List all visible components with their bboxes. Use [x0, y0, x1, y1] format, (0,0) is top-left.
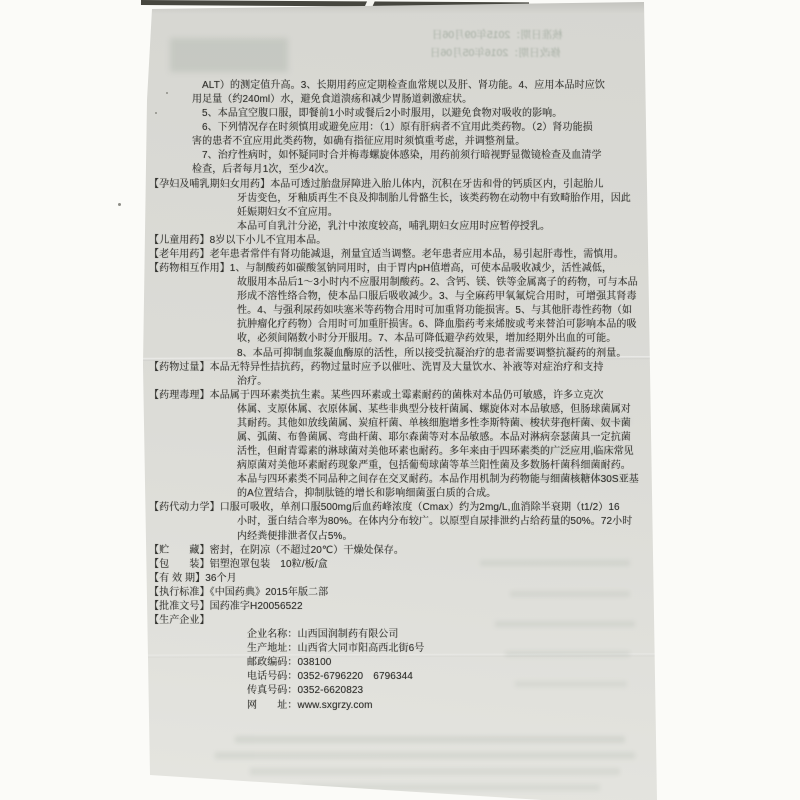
- insert-text-line: 故服用本品后1～3小时内不应服用制酸药。2、含钙、镁、铁等金属离子的药物，可与本…: [237, 277, 638, 289]
- insert-text-line: 治疗。: [237, 376, 267, 388]
- insert-text-line: 用足量（约240ml）水，避免食道溃疡和减少胃肠道刺激症状。: [192, 94, 472, 106]
- insert-text-line: 生产地址：山西省大同市阳高西北街6号: [247, 643, 424, 655]
- insert-text-line: 收，必须间隔数小时分开服用。7、本品可降低避孕药效果，增加经期外出血的可能。: [237, 333, 616, 345]
- bleedthrough-smudge: [480, 560, 630, 566]
- bleedthrough-revision-date: 修改日期：2016年05月06日: [430, 45, 561, 60]
- insert-text-line: 【药理毒理】本品属于四环素类抗生素。某些四环素或土霉素耐药的菌株对本品仍可敏感，…: [149, 390, 604, 402]
- insert-text-line: 【生产企业】: [149, 615, 210, 627]
- insert-text-line: 【包 装】铝塑泡罩包装 10粒/板/盒: [149, 559, 328, 571]
- bleedthrough-smudge: [250, 768, 620, 775]
- bleedthrough-approval-date: 核准日期：2015年09月06日: [432, 27, 563, 42]
- insert-text-line: 体属、支原体属、衣原体属、某些非典型分枝杆菌属、螺旋体对本品敏感，但肠球菌属对: [237, 404, 631, 416]
- insert-text-line: 传真号码：0352-6620823: [247, 685, 363, 697]
- bleedthrough-smudge: [505, 651, 630, 657]
- bleedthrough-smudge: [495, 621, 635, 627]
- insert-text-line: 【执行标准】《中国药典》2015年版二部: [149, 587, 328, 599]
- insert-text-line: 妊娠期妇女不宜应用。: [237, 207, 338, 219]
- insert-text-line: 8、本品可抑制血浆凝血酶原的活性，所以接受抗凝治疗的患者需要调整抗凝药的剂量。: [237, 348, 626, 360]
- insert-text-line: 内经粪便排泄者仅占5%。: [237, 531, 353, 543]
- insert-text-line: 【批准文号】国药准字H20056522: [149, 601, 303, 613]
- insert-text-line: 其耐药。其他如放线菌属、炭疽杆菌、单核细胞增多性李斯特菌、梭状芽孢杆菌、奴卡菌: [237, 418, 631, 430]
- insert-text-line: 【贮 藏】密封，在阴凉（不超过20℃）干燥处保存。: [149, 545, 404, 557]
- insert-text-line: 企业名称：山西国润制药有限公司: [247, 629, 399, 641]
- insert-text-line: ALT）的测定值升高。3、长期用药应定期检查血常规以及肝、肾功能。4、应用本品时…: [202, 80, 605, 92]
- insert-text-line: 6、下列情况存在时须慎用或避免应用：（1）原有肝病者不宜用此类药物。（2）肾功能…: [202, 122, 593, 134]
- insert-text-line: 性。4、与强利尿药如呋塞米等药物合用时可加重肾功能损害。5、与其他肝毒性药物（如: [237, 305, 632, 317]
- insert-text-line: 的A位置结合，抑制肽链的增长和影响细菌蛋白质的合成。: [237, 488, 496, 500]
- insert-text-line: 【药代动力学】口服可吸收，单剂口服500mg后血药峰浓度（Cmax）约为2mg/…: [149, 502, 620, 514]
- package-insert-paper: 核准日期：2015年09月06日 修改日期：2016年05月06日 ALT）的测…: [0, 0, 800, 800]
- insert-text-line: 形成不溶性络合物，使本品口服后吸收减少。3、与全麻药甲氧氟烷合用时，可增强其肾毒: [237, 291, 637, 303]
- dust-speck: [118, 203, 121, 206]
- insert-text-line: 7、治疗性病时，如怀疑同时合并梅毒螺旋体感染，用药前须行暗视野显微镜检查及血清学: [202, 150, 602, 162]
- insert-text-line: 牙齿变色，牙釉质再生不良及抑制胎儿骨骼生长，该类药物在动物中有致畸胎作用，因此: [237, 193, 631, 205]
- bleedthrough-smudge: [235, 736, 625, 743]
- insert-text-line: 抗肿瘤化疗药物）合用时可加重肝损害。6、降血脂药考来烯胺或考来替泊可影响本品的吸: [237, 319, 637, 331]
- dust-speck: [155, 112, 157, 114]
- insert-text-line: 本品可自乳汁分泌，乳汁中浓度较高，哺乳期妇女应用时应暂停授乳。: [237, 221, 550, 233]
- insert-text-line: 小时，蛋白结合率为80%。在体内分布较广。以原型自尿排泄约占给药量的50%。72…: [237, 516, 632, 528]
- insert-text-line: 邮政编码：038100: [247, 657, 331, 669]
- insert-text-line: 本品与四环素类不同品种之间存在交叉耐药。本品作用机制为药物能与细菌核糖体30S亚…: [237, 474, 639, 486]
- insert-text-line: 属、弧菌、布鲁菌属、弯曲杆菌、耶尔森菌等对本品敏感。本品对淋病奈瑟菌具一定抗菌: [237, 432, 631, 444]
- insert-text-line: 电话号码：0352-6796220 6796344: [247, 671, 413, 683]
- insert-text-line: 【孕妇及哺乳期妇女用药】本品可透过胎盘屏障进入胎儿体内，沉积在牙齿和骨的钙质区内…: [149, 179, 604, 191]
- insert-text-line: 【药物相互作用】1、与制酸药如碳酸氢钠同用时，由于胃内pH值增高，可使本品吸收减…: [149, 263, 612, 275]
- photo-of-package-insert: 核准日期：2015年09月06日 修改日期：2016年05月06日 ALT）的测…: [0, 0, 800, 800]
- insert-text-line: 病原菌对美他环素耐药现象严重，包括葡萄球菌等革兰阳性菌及多数肠杆菌科细菌耐药。: [237, 460, 631, 472]
- insert-text-line: 害的患者不宜应用此类药物，如确有指征应用时须慎重考虑，并调整剂量。: [192, 136, 525, 148]
- bleedthrough-smudge: [510, 591, 630, 597]
- insert-text-line: 【有 效 期】36个月: [149, 573, 237, 585]
- bleedthrough-smudge: [515, 681, 627, 687]
- bleedthrough-logo-smudge: [170, 38, 288, 72]
- insert-text-line: 【老年用药】老年患者常伴有肾功能减退，剂量宜适当调整。老年患者应用本品，易引起肝…: [149, 249, 624, 261]
- insert-text-line: 5、本品宜空腹口服，即餐前1小时或餐后2小时服用，以避免食物对吸收的影响。: [202, 108, 562, 120]
- insert-text-line: 检查，后者每月1次，至少4次。: [192, 164, 335, 176]
- insert-text-line: 活性，但耐青霉素的淋球菌对美他环素也耐药。多年来由于四环素类的广泛应用,临床常见: [237, 446, 634, 458]
- insert-text-line: 【药物过量】本品无特异性拮抗药，药物过量时应予以催吐、洗胃及大量饮水、补液等对症…: [149, 362, 604, 374]
- bleedthrough-smudge: [215, 752, 635, 759]
- bleedthrough-smudge: [300, 784, 600, 791]
- insert-text-line: 网 址：www.sxgrzy.com: [247, 700, 373, 712]
- insert-text-line: 【儿童用药】8岁以下小儿不宜用本品。: [149, 235, 326, 247]
- dust-speck: [166, 92, 168, 94]
